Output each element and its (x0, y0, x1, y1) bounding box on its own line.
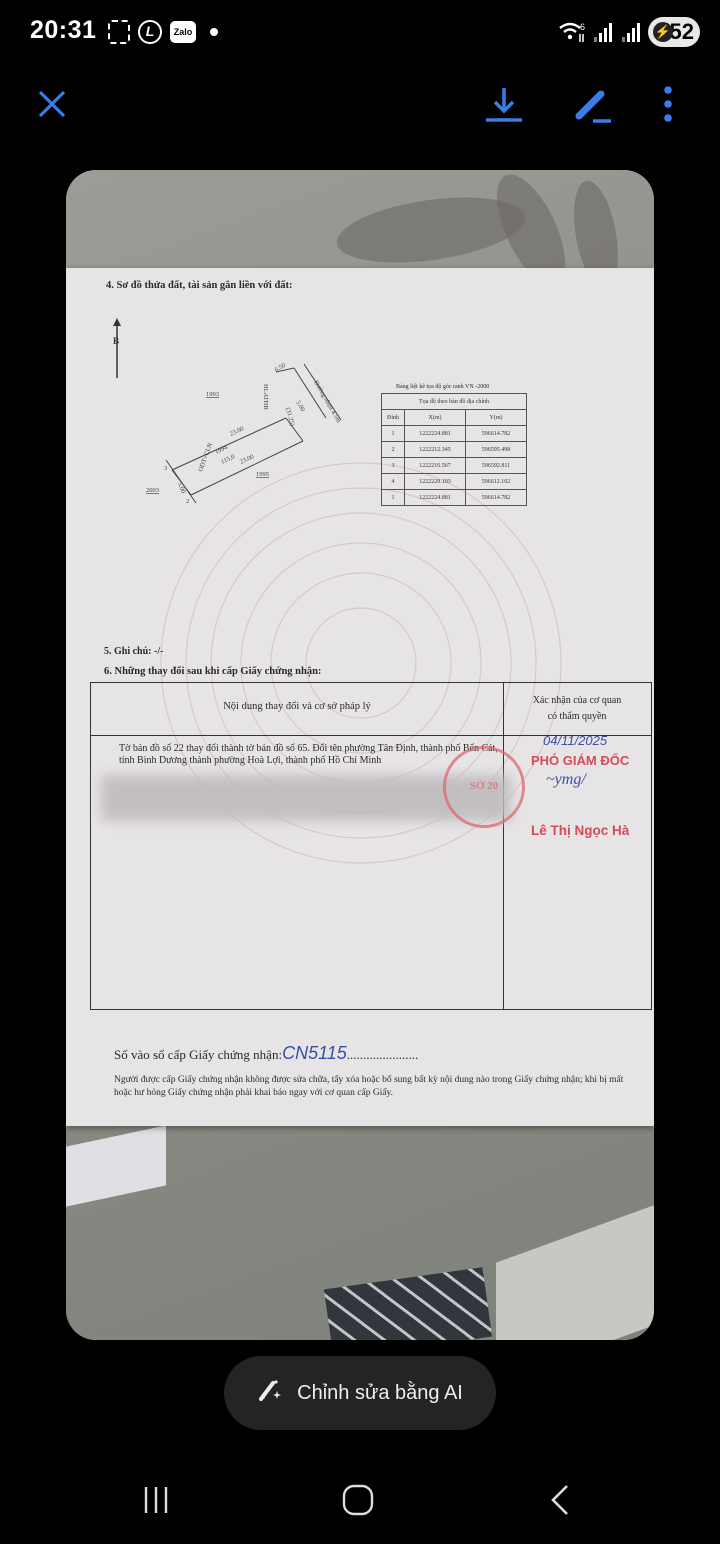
svg-text:5.00: 5.00 (176, 481, 186, 494)
svg-text:HLATĐB: HLATĐB (262, 384, 269, 410)
svg-text:1995: 1995 (256, 471, 269, 478)
magic-pencil-icon (257, 1377, 285, 1409)
home-button[interactable] (336, 1480, 380, 1520)
changes-header-content: Nội dung thay đổi và cơ sở pháp lý (91, 701, 503, 712)
viewer-toolbar (0, 70, 720, 134)
signature: ~ymg/ (546, 771, 586, 789)
home-icon (341, 1483, 375, 1517)
col-header: Đỉnh (382, 410, 405, 426)
signer-name: Lê Thị Ngọc Hà (531, 823, 629, 838)
ai-edit-label: Chỉnh sửa bằng AI (297, 1382, 463, 1405)
signal-1-icon (594, 22, 612, 42)
more-vert-icon (662, 84, 674, 124)
coord-table-subtitle: Tọa độ theo bản đồ địa chính (382, 394, 527, 410)
section-6-title: 6. Những thay đổi sau khi cấp Giấy chứng… (104, 666, 321, 677)
signer-title: PHÓ GIÁM ĐỐC (531, 753, 629, 768)
svg-text:2003: 2003 (146, 487, 159, 494)
svg-text:1994: 1994 (214, 444, 229, 456)
navigation-bar (0, 1470, 720, 1530)
svg-text:23.00: 23.00 (239, 453, 255, 466)
signal-2-icon (622, 22, 640, 42)
north-arrow-icon: B (110, 318, 124, 378)
official-stamp: SỞ 20 (443, 746, 525, 828)
registration-line: Số vào sổ cấp Giấy chứng nhận:CN5115....… (114, 1043, 418, 1064)
wifi-icon: 6 (558, 20, 588, 44)
svg-text:(31.25): (31.25) (284, 407, 296, 427)
notification-dot-icon (210, 28, 218, 36)
section-4-title: 4. Sơ đồ thửa đất, tài sản gắn liền với … (106, 280, 293, 291)
land-certificate-page: 4. Sơ đồ thửa đất, tài sản gắn liền với … (66, 268, 654, 1126)
l-app-icon: L (138, 20, 162, 44)
svg-text:115,0: 115,0 (220, 453, 236, 465)
table-row: 11222224.881596614.782 (382, 490, 527, 506)
svg-text:1993: 1993 (206, 391, 219, 398)
svg-text:23.00: 23.00 (229, 425, 245, 438)
back-icon (548, 1483, 572, 1517)
table-row: 21222212.345596595.498 (382, 442, 527, 458)
battery-level: 52 (670, 19, 694, 44)
zalo-icon: Zalo (170, 21, 196, 43)
clock: 20:31 (30, 16, 96, 45)
section-5-notes: 5. Ghi chú: -/- (104, 646, 163, 657)
download-button[interactable] (482, 82, 526, 126)
registration-label: Số vào sổ cấp Giấy chứng nhận: (114, 1047, 282, 1062)
download-icon (484, 84, 524, 124)
coordinate-table: Tọa độ theo bản đồ địa chính Đỉnh X(m) Y… (381, 393, 527, 506)
col-header: X(m) (405, 410, 466, 426)
close-icon (37, 89, 67, 119)
registration-number: CN5115 (282, 1043, 347, 1063)
close-button[interactable] (30, 82, 74, 126)
pencil-icon (571, 84, 613, 124)
ai-edit-button[interactable]: Chỉnh sửa bằng AI (224, 1356, 496, 1430)
back-button[interactable] (538, 1480, 582, 1520)
battery-indicator: ⚡ 52 (648, 17, 700, 47)
svg-text:6.50: 6.50 (274, 362, 287, 374)
svg-text:2: 2 (186, 498, 189, 505)
table-row: 41222229.103596612.102 (382, 474, 527, 490)
svg-text:Đường nhựa 4.5m: Đường nhựa 4.5m (312, 380, 342, 425)
certificate-notice: Người được cấp Giấy chứng nhận không đượ… (114, 1074, 634, 1100)
coord-table-title: Bảng liệt kê tọa độ góc ranh VN -2000 (396, 384, 489, 390)
dotted-line: ...................... (347, 1047, 419, 1062)
more-options-button[interactable] (646, 82, 690, 126)
changes-table: Nội dung thay đổi và cơ sở pháp lý Xác n… (90, 682, 652, 1010)
recent-apps-button[interactable] (134, 1480, 178, 1520)
svg-text:B: B (113, 336, 119, 346)
table-row: 31222216.567596592.811 (382, 458, 527, 474)
recent-apps-icon (141, 1485, 171, 1515)
signature-date: 04/11/2025 (543, 733, 607, 748)
edit-button[interactable] (570, 82, 614, 126)
power-saving-icon: ⚡ (653, 22, 673, 42)
changes-header-authority: Xác nhận của cơ quan có thẩm quyền (503, 693, 651, 725)
photo-preview[interactable]: 4. Sơ đồ thửa đất, tài sản gắn liền với … (66, 170, 654, 1340)
table-row: 11222224.881596614.782 (382, 426, 527, 442)
svg-text:3: 3 (164, 465, 167, 472)
screen-recorder-icon (108, 20, 130, 44)
svg-text:5.00: 5.00 (294, 400, 306, 413)
col-header: Y(m) (466, 410, 527, 426)
svg-text:6: 6 (580, 22, 585, 32)
status-bar: 20:31 L Zalo 6 ⚡ 52 (0, 0, 720, 64)
parcel-diagram: 1993 1995 2003 3 2 23.00 23.00 1994 115,… (136, 348, 366, 508)
